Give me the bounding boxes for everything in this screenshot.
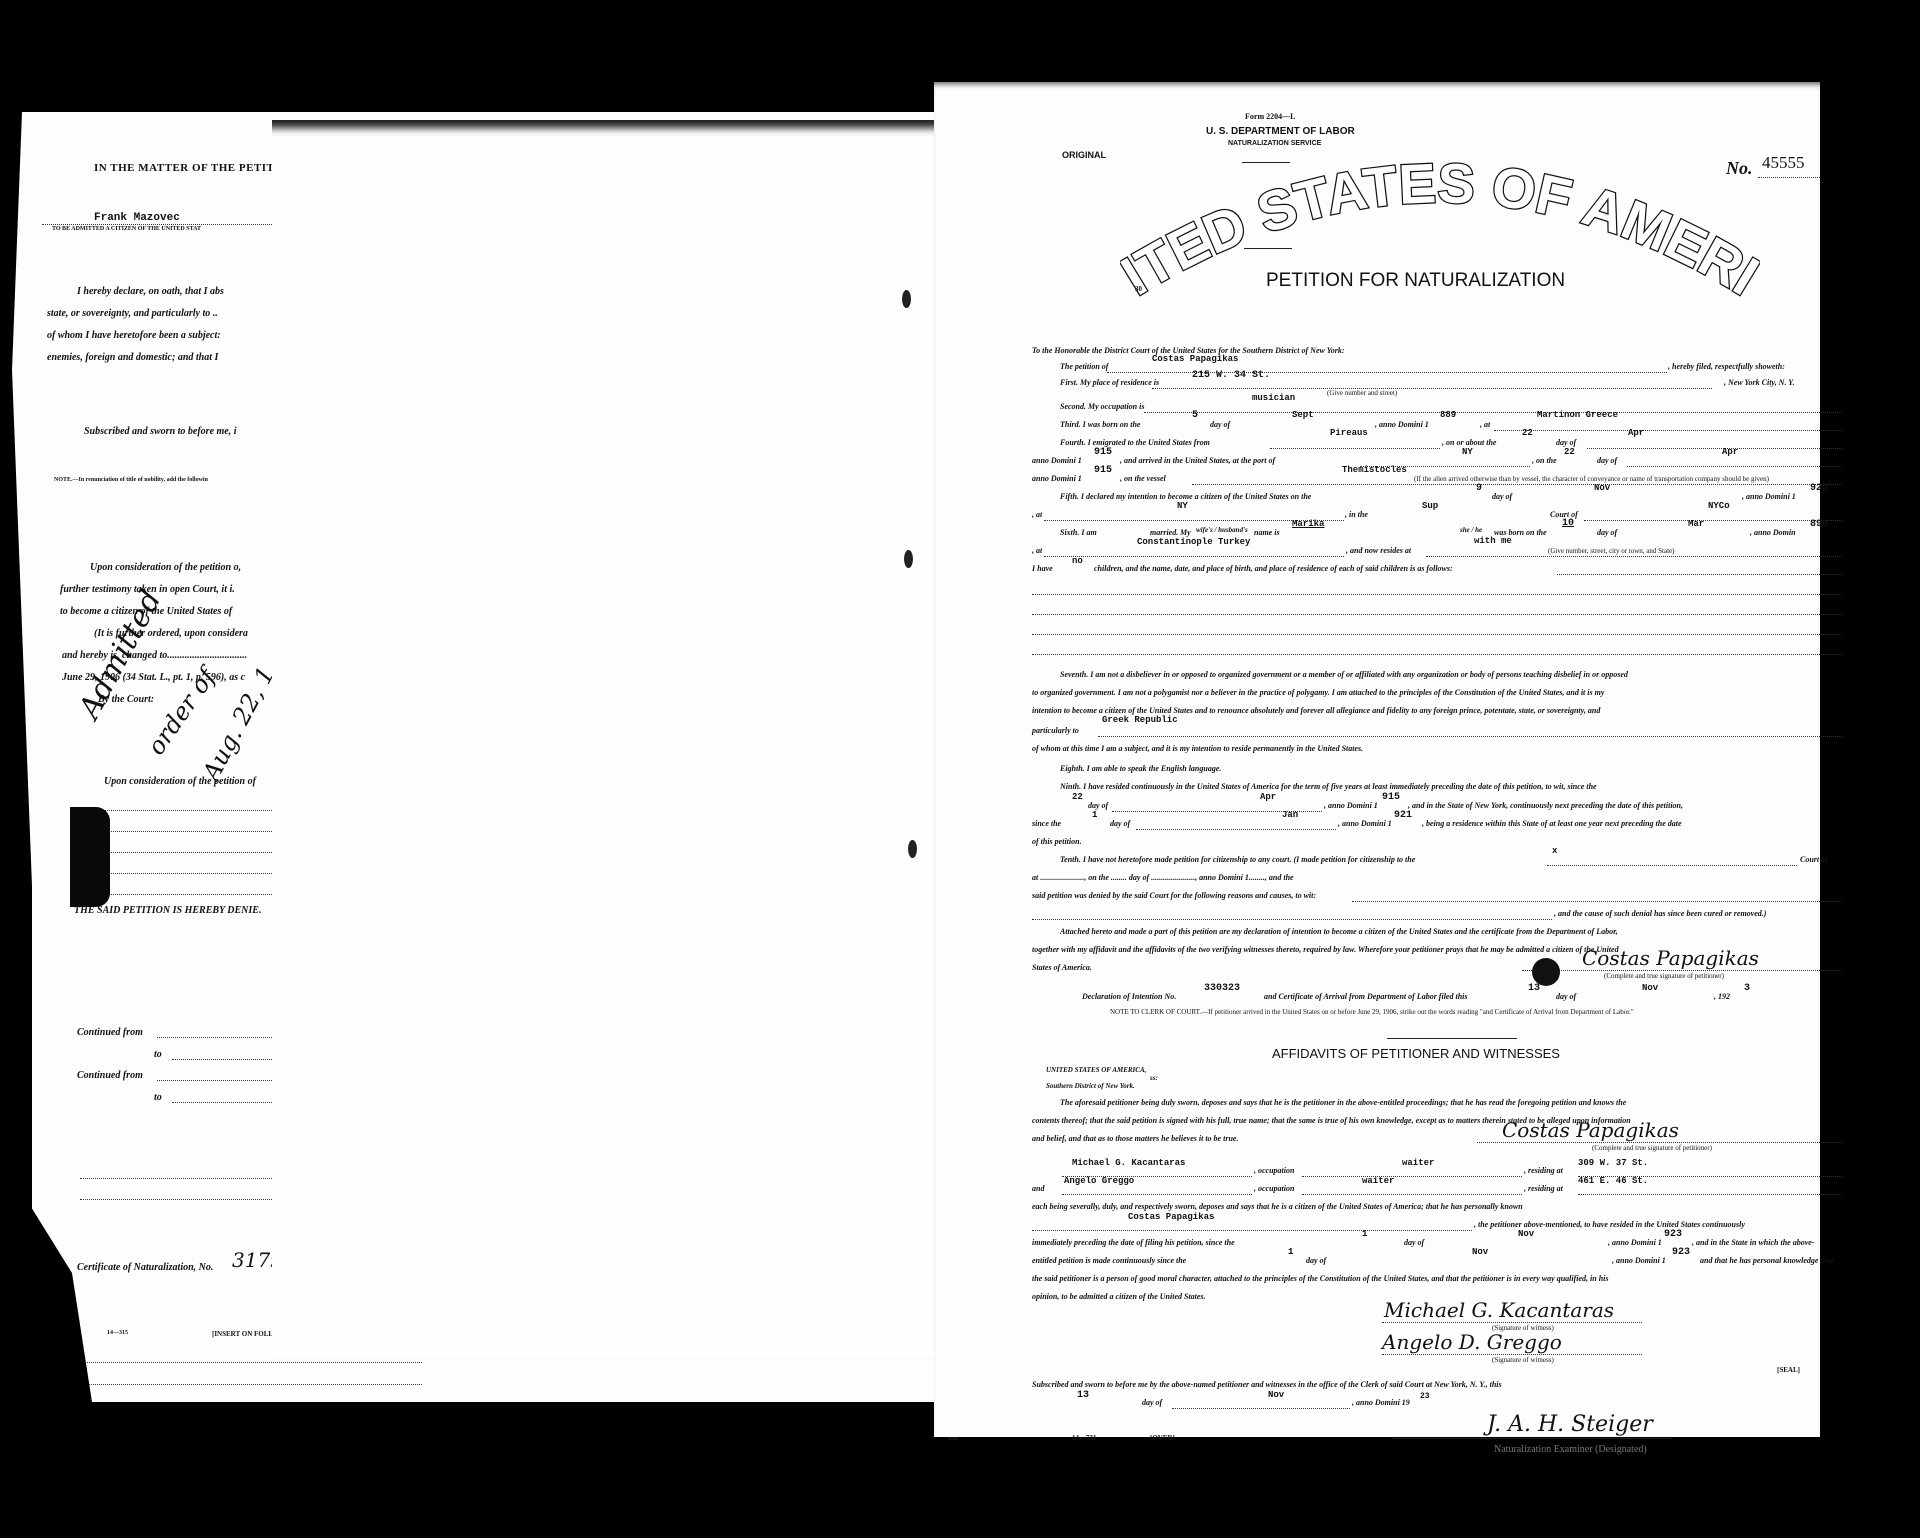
- punch-hole: [904, 550, 913, 568]
- oath-line-3: of whom I have heretofore been a subject…: [47, 330, 221, 341]
- spouse-name: Marika: [1292, 519, 1324, 529]
- examiner-signature: J. A. H. Steiger: [1487, 1412, 1653, 1437]
- arrival-port: NY: [1462, 447, 1473, 457]
- petitioner-signature: Costas Papagikas: [1582, 946, 1759, 970]
- service: NATURALIZATION SERVICE: [1228, 140, 1321, 147]
- examiner-label: Naturalization Examiner (Designated): [1494, 1444, 1647, 1455]
- sovereign: Greek Republic: [1102, 715, 1178, 725]
- witness-1-name: Michael G. Kacantaras: [1072, 1158, 1185, 1168]
- witness-2-signature: Angelo D. Greggo: [1382, 1330, 1562, 1354]
- form-number: Form 2204—L: [1245, 112, 1295, 121]
- witness-2-name: Angelo Greggo: [1064, 1176, 1134, 1186]
- denial-heading: Upon consideration of the petition of: [104, 776, 256, 787]
- residence: 215 W. 34 St.: [1192, 370, 1270, 381]
- vessel: Themistocles: [1342, 465, 1407, 475]
- department: U. S. DEPARTMENT OF LABOR: [1206, 126, 1355, 137]
- spouse-birthplace: Constantinople Turkey: [1137, 537, 1250, 547]
- witness-2-occupation: waiter: [1362, 1176, 1394, 1186]
- oath-line-1: I hereby declare, on oath, that I abs: [77, 286, 224, 297]
- order-line-1: Upon consideration of the petition o,: [90, 562, 241, 573]
- certificate-label: Certificate of Naturalization, No.: [77, 1262, 213, 1273]
- left-subheading: TO BE ADMITTED A CITIZEN OF THE UNITED S…: [52, 226, 201, 232]
- birth-day: 5: [1192, 410, 1198, 421]
- left-subscribed: Subscribed and sworn to before me, i: [84, 426, 237, 437]
- spouse-residence: with me: [1474, 536, 1512, 546]
- birth-place: Martinon Greece: [1537, 410, 1618, 420]
- witness-1-signature: Michael G. Kacantaras: [1384, 1298, 1614, 1322]
- birth-month: Sept: [1292, 410, 1314, 420]
- birth-year: 889: [1440, 410, 1456, 420]
- original-label: ORIGINAL: [1062, 150, 1106, 160]
- petition-number: 45555: [1762, 153, 1805, 173]
- petition-title: PETITION FOR NATURALIZATION: [1266, 270, 1565, 292]
- affidavits-title: AFFIDAVITS OF PETITIONER AND WITNESSES: [1272, 1046, 1560, 1061]
- seal-label: [SEAL]: [1777, 1366, 1800, 1374]
- witness-1-residence: 309 W. 37 St.: [1578, 1158, 1648, 1168]
- children-count: no: [1072, 556, 1083, 566]
- wax-seal: [1532, 958, 1560, 986]
- punch-hole: [908, 840, 917, 858]
- punch-hole: [902, 290, 911, 308]
- affidavit-signature: Costas Papagikas: [1502, 1118, 1679, 1142]
- left-petitioner-name: Frank Mazovec: [94, 212, 180, 224]
- occupation: musician: [1252, 393, 1295, 403]
- folded-insert-sheet: [272, 120, 948, 1360]
- declaration-number: 330323: [1204, 983, 1240, 994]
- clerk-note: NOTE TO CLERK OF COURT.—If petitioner ar…: [1110, 1008, 1634, 1016]
- left-heading: IN THE MATTER OF THE PETITI: [94, 162, 279, 174]
- left-form-code: 14—315: [107, 1330, 128, 1336]
- emigrated-from: Pireaus: [1330, 428, 1368, 438]
- left-note: NOTE.—In renunciation of title of nobili…: [54, 477, 208, 483]
- order-line-5: and hereby is, changed to...............…: [62, 650, 247, 661]
- denied-text: THE SAID PETITION IS HEREBY DENIE.: [74, 905, 261, 916]
- binder-clip: [70, 807, 110, 907]
- witness-2-residence: 461 E. 46 St.: [1578, 1176, 1648, 1186]
- oath-line-2: state, or sovereignty, and particularly …: [47, 308, 218, 319]
- bottom-form-code: 14—731: [1072, 1434, 1097, 1442]
- over-label: [OVER]: [1150, 1434, 1175, 1442]
- witness-1-occupation: waiter: [1402, 1158, 1434, 1168]
- petitioner-name: Costas Papagikas: [1152, 354, 1238, 364]
- oath-line-4: enemies, foreign and domestic; and that …: [47, 352, 218, 363]
